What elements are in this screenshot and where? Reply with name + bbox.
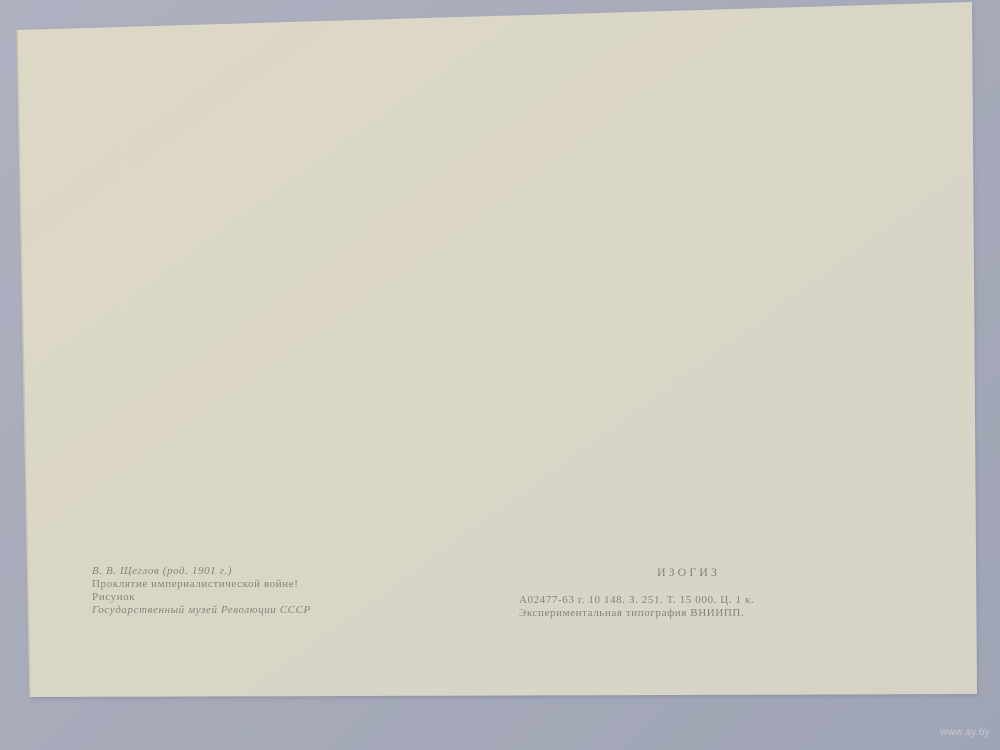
postcard-back xyxy=(0,0,1000,750)
imprint-printer: Экспериментальная типография ВНИИПП. xyxy=(519,607,754,620)
print-imprint: А02477-63 г. 10 148. З. 251. Т. 15 000. … xyxy=(519,594,754,620)
artwork-medium: Рисунок xyxy=(92,591,311,604)
imprint-code: А02477-63 г. 10 148. З. 251. Т. 15 000. … xyxy=(519,594,754,607)
artwork-credits: В. В. Щеглов (род. 1901 г.) Проклятие им… xyxy=(92,565,311,617)
artwork-title: Проклятие империалистической войне! xyxy=(92,578,311,591)
artwork-collection: Государственный музей Революции СССР xyxy=(92,604,311,617)
artist-name: В. В. Щеглов (род. 1901 г.) xyxy=(92,565,311,578)
publisher-name: ИЗОГИЗ xyxy=(657,566,720,579)
site-watermark: www.ay.by xyxy=(940,727,990,738)
photo-scene: В. В. Щеглов (род. 1901 г.) Проклятие им… xyxy=(0,0,1000,750)
